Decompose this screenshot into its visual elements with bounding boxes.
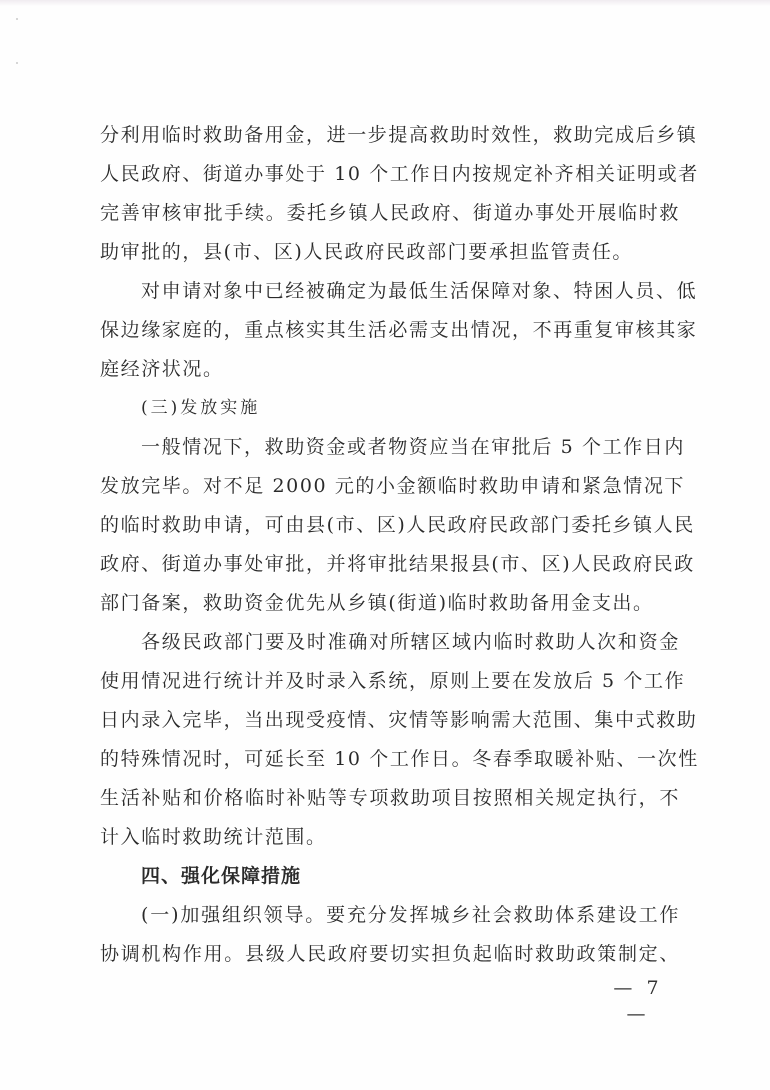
scan-top-edge: [0, 0, 770, 6]
text-line: 使用情况进行统计并及时录入系统，原则上要在发放后 5 个工作: [100, 666, 680, 705]
text-line: 部门备案，救助资金优先从乡镇(街道)临时救助备用金支出。: [100, 588, 680, 627]
text-line: 协调机构作用。县级人民政府要切实担负起临时救助政策制定、: [100, 939, 680, 978]
text-line: 政府、街道办事处审批，并将审批结果报县(市、区)人民政府民政: [100, 549, 680, 588]
scan-speck: [16, 62, 18, 64]
body-text: 分利用临时救助备用金，进一步提高救助时效性，救助完成后乡镇 人民政府、街道办事处…: [100, 120, 680, 978]
text-line: 发放完毕。对不足 2000 元的小金额临时救助申请和紧急情况下: [100, 471, 680, 510]
text-line: 生活补贴和价格临时补贴等专项救助项目按照相关规定执行，不: [100, 783, 680, 822]
paragraph-organization: (一)加强组织领导。要充分发挥城乡社会救助体系建设工作 协调机构作用。县级人民政…: [100, 900, 680, 978]
text-line: (一)加强组织领导。要充分发挥城乡社会救助体系建设工作: [100, 900, 680, 939]
text-line: 助审批的，县(市、区)人民政府民政部门要承担监管责任。: [100, 237, 680, 276]
text-line: 一般情况下，救助资金或者物资应当在审批后 5 个工作日内: [100, 432, 680, 471]
text-line: 分利用临时救助备用金，进一步提高救助时效性，救助完成后乡镇: [100, 120, 680, 159]
text-line: 完善审核审批手续。委托乡镇人民政府、街道办事处开展临时救: [100, 198, 680, 237]
paragraph-statistics: 各级民政部门要及时准确对所辖区域内临时救助人次和资金 使用情况进行统计并及时录入…: [100, 627, 680, 861]
paragraph-continuation: 分利用临时救助备用金，进一步提高救助时效性，救助完成后乡镇 人民政府、街道办事处…: [100, 120, 680, 276]
paragraph-distribution: 一般情况下，救助资金或者物资应当在审批后 5 个工作日内 发放完毕。对不足 20…: [100, 432, 680, 627]
text-line: 的临时救助申请，可由县(市、区)人民政府民政部门委托乡镇人民: [100, 510, 680, 549]
text-line: 人民政府、街道办事处于 10 个工作日内按规定补齐相关证明或者: [100, 159, 680, 198]
text-line: 的特殊情况时，可延长至 10 个工作日。冬春季取暖补贴、一次性: [100, 744, 680, 783]
page-number: — 7 —: [598, 975, 678, 1027]
text-line: 对申请对象中已经被确定为最低生活保障对象、特困人员、低: [100, 276, 680, 315]
section-heading: 四、强化保障措施: [100, 861, 680, 900]
text-line: 各级民政部门要及时准确对所辖区域内临时救助人次和资金: [100, 627, 680, 666]
paragraph-applicants: 对申请对象中已经被确定为最低生活保障对象、特困人员、低 保边缘家庭的，重点核实其…: [100, 276, 680, 393]
text-line: 庭经济状况。: [100, 354, 680, 393]
text-line: 保边缘家庭的，重点核实其生活必需支出情况，不再重复审核其家: [100, 315, 680, 354]
scan-speck: [16, 18, 18, 20]
text-line: 计入临时救助统计范围。: [100, 822, 680, 861]
document-page: 分利用临时救助备用金，进一步提高救助时效性，救助完成后乡镇 人民政府、街道办事处…: [0, 0, 770, 1090]
subheading-distribution: (三)发放实施: [100, 393, 680, 432]
text-line: 日内录入完毕，当出现受疫情、灾情等影响需大范围、集中式救助: [100, 705, 680, 744]
